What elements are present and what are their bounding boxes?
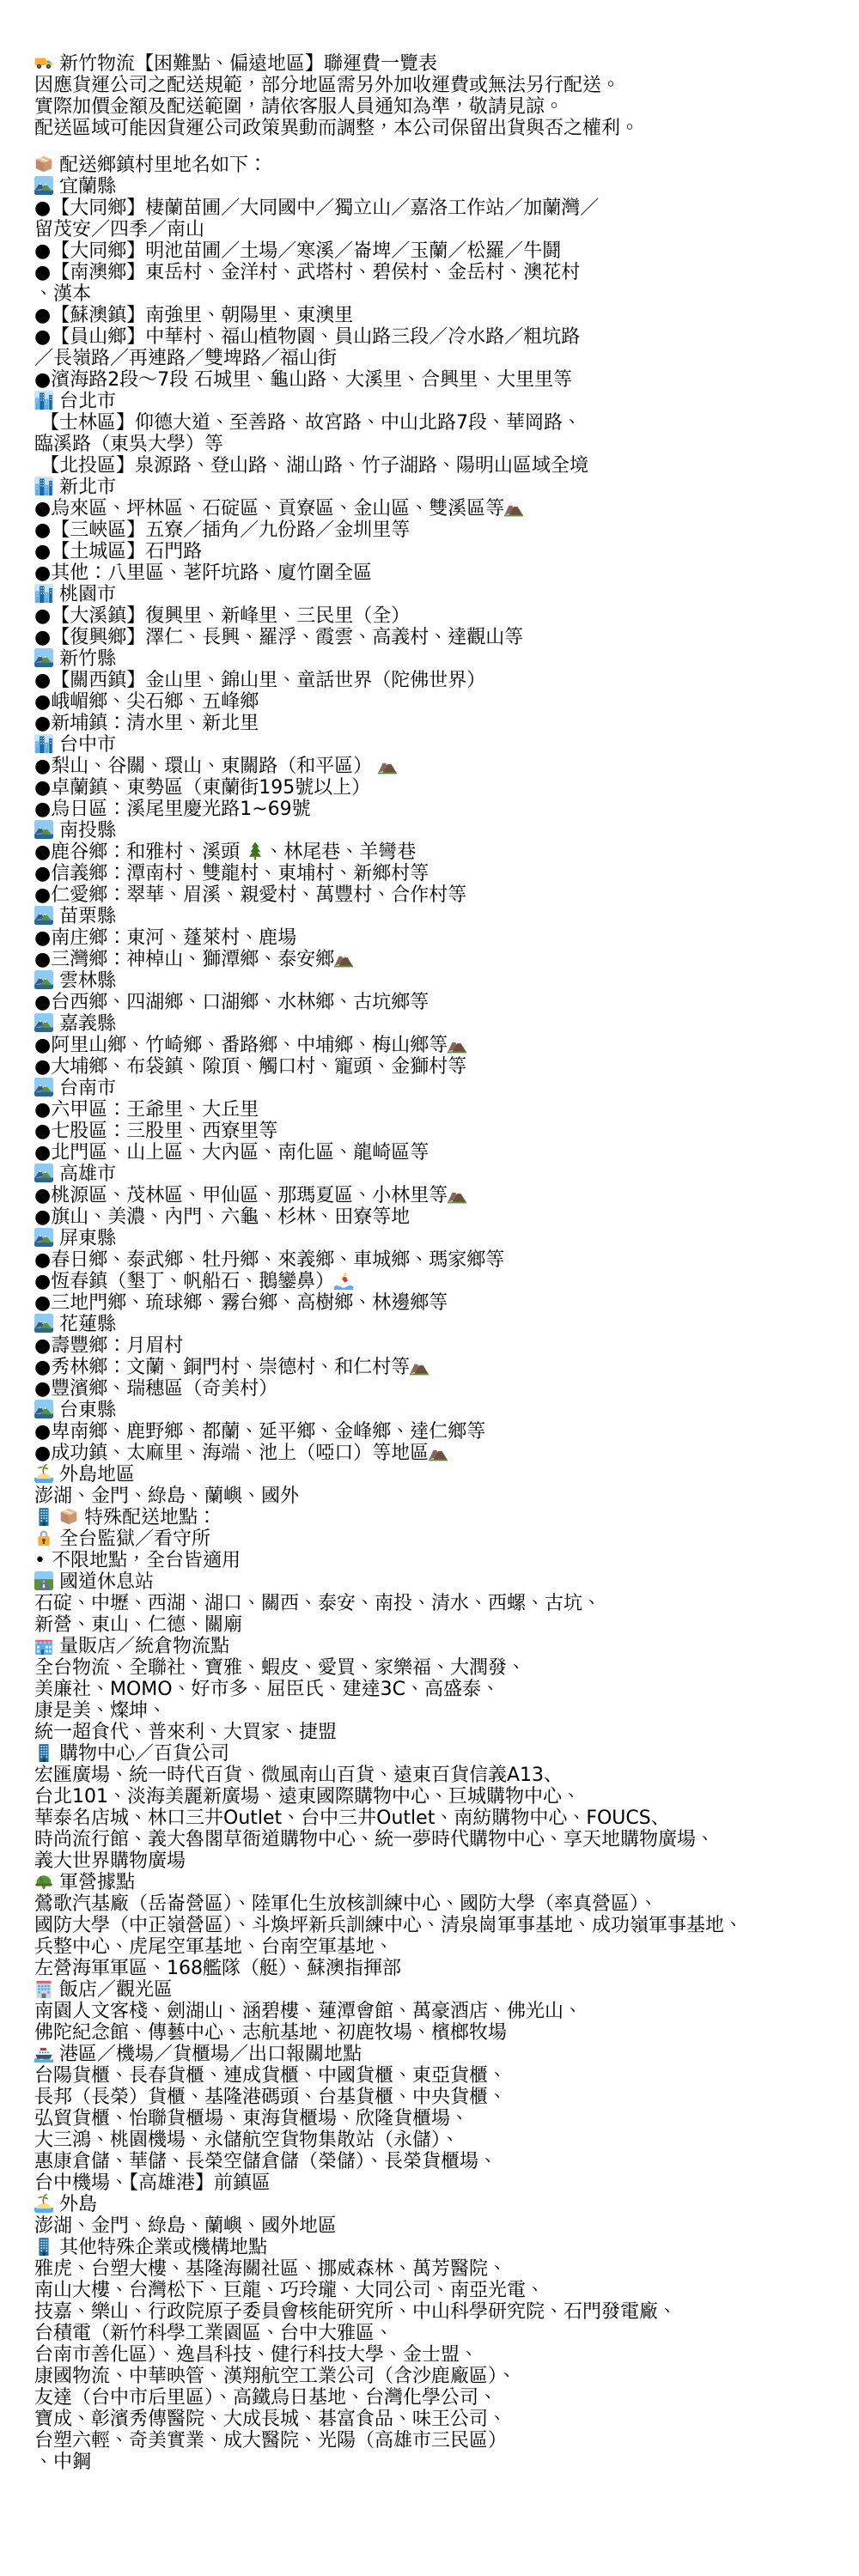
- section-heading: 苗栗縣: [34, 906, 852, 927]
- text-segment: 特殊配送地點：: [78, 1507, 216, 1528]
- text-segment: 配送鄉鎮村里地名如下：: [53, 155, 267, 176]
- list-item: ●【員山鄉】中華村、福山植物園、員山路三段／冷水路／粗坑路: [34, 326, 852, 348]
- spacer: [34, 139, 852, 155]
- text-segment: ●烏來區、坪林區、石碇區、貢寮區、金山區、雙溪區等: [34, 498, 504, 519]
- text-segment: 雅虎、台塑大樓、基隆海關社區、挪威森林、萬芳醫院、: [34, 2258, 507, 2280]
- text-segment: 苗栗縣: [53, 906, 116, 927]
- text-segment: ●【三峽區】五寮／插角／九份路／金圳里等: [34, 519, 410, 541]
- text-segment: ●大埔鄉、布袋鎮、隙頂、觸口村、寵頭、金獅村等: [34, 1056, 466, 1078]
- text-segment: ●三灣鄉：神棹山、獅潭鄉、泰安鄉: [34, 949, 334, 970]
- cityscape-icon: [34, 477, 53, 495]
- text-segment: 惠康倉儲、華儲、長榮空儲倉儲（榮儲）、長榮貨櫃場、: [34, 2151, 497, 2172]
- section-heading: 外島地區: [34, 1464, 852, 1485]
- section-heading: 飯店／觀光區: [34, 1979, 852, 2001]
- text-segment: 其他特殊企業或機構地點: [53, 2237, 267, 2258]
- list-item-continuation: 國防大學（中正嶺營區）、斗煥坪新兵訓練中心、清泉崗軍事基地、成功嶺軍事基地、: [34, 1915, 852, 1936]
- cityscape-icon: [34, 391, 53, 410]
- text-segment: 弘貿貨櫃、怡聯貨櫃場、東海貨櫃場、欣隆貨櫃場、: [34, 2108, 469, 2129]
- text-segment: 台積電（新竹科學工業園區、台中大雅區、: [34, 2323, 393, 2344]
- text-segment: ●北門區、山上區、大內區、南化區、龍崎區等: [34, 1142, 429, 1163]
- text-segment: 【北投區】泉源路、登山路、湖山路、竹子湖路、陽明山區域全境: [34, 455, 588, 477]
- text-segment: 兵整中心、虎尾空軍基地、台南空軍基地、: [34, 1936, 393, 1958]
- section-heading: 配送鄉鎮村里地名如下：: [34, 155, 852, 176]
- text-segment: 實際加價金額及配送範圍，請依客服人員通知為準，敬請見諒。: [34, 96, 564, 118]
- office-building-icon: [34, 1743, 53, 1762]
- list-item-continuation: 康是美、燦坤、: [34, 1700, 852, 1722]
- list-item: ●新埔鎮：清水里、新北里: [34, 713, 852, 734]
- list-item-continuation: 雅虎、台塑大樓、基隆海關社區、挪威森林、萬芳醫院、: [34, 2258, 852, 2280]
- list-item: ●南庄鄉：東河、蓬萊村、鹿場: [34, 927, 852, 949]
- list-item: ●【三峽區】五寮／插角／九份路／金圳里等: [34, 519, 852, 541]
- text-segment: 時尚流行館、義大魯閣草衙道購物中心、統一夢時代購物中心、享天地購物廣場、: [34, 1829, 715, 1850]
- intro-line: 實際加價金額及配送範圍，請依客服人員通知為準，敬請見諒。: [34, 96, 852, 118]
- list-item: ●【大溪鎮】復興里、新峰里、三民里（全）: [34, 605, 852, 627]
- text-segment: 美廉社、MOMO、好市多、屈臣氏、建達3C、高盛泰、: [34, 1679, 500, 1700]
- list-item: ●烏日區：溪尾里慶光路1~69號: [34, 799, 852, 820]
- section-heading: 高雄市: [34, 1163, 852, 1185]
- text-segment: 新竹物流【困難點、偏遠地區】聯運費一覽表: [53, 53, 437, 75]
- text-segment: • 不限地點，全台皆適用: [34, 1550, 241, 1571]
- list-item-continuation: 台塑六輕、奇美實業、成大醫院、光陽（高雄市三民區）: [34, 2430, 852, 2451]
- motorway-icon: [34, 1571, 53, 1590]
- section-heading: 台東縣: [34, 1400, 852, 1421]
- text-segment: 飯店／觀光區: [53, 1979, 173, 2001]
- mountain-icon: [504, 498, 523, 517]
- section-heading: 屏東縣: [34, 1228, 852, 1249]
- text-segment: 宜蘭縣: [53, 176, 116, 197]
- list-item: ●其他：八里區、荖阡坑路、廈竹圍全區: [34, 562, 852, 584]
- text-segment: 南投縣: [53, 820, 116, 841]
- text-segment: ●旗山、美濃、內門、六龜、杉林、田寮等地: [34, 1206, 410, 1228]
- text-segment: 屏東縣: [53, 1228, 116, 1249]
- text-segment: 全台監獄／看守所: [53, 1528, 210, 1550]
- list-item: ●【大同鄉】明池苗圃／土場／寒溪／崙埤／玉蘭／松羅／牛鬪: [34, 240, 852, 262]
- mountain-icon: [378, 756, 397, 775]
- mountain-icon: [410, 1357, 429, 1376]
- section-heading: 購物中心／百貨公司: [34, 1743, 852, 1765]
- list-item: ●春日鄉、泰武鄉、牡丹鄉、來義鄉、車城鄉、瑪家鄉等: [34, 1249, 852, 1271]
- list-item-continuation: 兵整中心、虎尾空軍基地、台南空軍基地、: [34, 1936, 852, 1958]
- evergreen-tree-icon: [246, 841, 265, 860]
- text-segment: 義大世界購物廣場: [34, 1850, 186, 1872]
- text-segment: 台南市善化區）、逸昌科技、健行科技大學、金士盟、: [34, 2344, 478, 2366]
- section-heading: 台中市: [34, 734, 852, 756]
- text-segment: 國防大學（中正嶺營區）、斗煥坪新兵訓練中心、清泉崗軍事基地、成功嶺軍事基地、: [34, 1915, 743, 1936]
- text-segment: 大三鴻、桃園機場、永儲航空貨物集散站（永儲）、: [34, 2129, 460, 2151]
- list-item: ●【南澳鄉】東岳村、金洋村、武塔村、碧侯村、金岳村、澳花村: [34, 262, 852, 283]
- text-segment: 軍營據點: [53, 1872, 135, 1893]
- section-heading: 宜蘭縣: [34, 176, 852, 197]
- text-segment: 台北101、淡海美麗新廣場、遠東國際購物中心、巨城購物中心、: [34, 1786, 581, 1807]
- military-helmet-icon: [34, 1872, 53, 1891]
- text-segment: ●【大溪鎮】復興里、新峰里、三民里（全）: [34, 605, 410, 627]
- surfer-icon: [334, 1271, 353, 1290]
- text-segment: 新北市: [53, 477, 116, 498]
- list-item: ●卑南鄉、鹿野鄉、都蘭、延平鄉、金峰鄉、達仁鄉等: [34, 1421, 852, 1443]
- list-item-continuation: 台北101、淡海美麗新廣場、遠東國際購物中心、巨城購物中心、: [34, 1786, 852, 1807]
- section-heading: 量販店／統倉物流點: [34, 1636, 852, 1657]
- list-item: ●旗山、美濃、內門、六龜、杉林、田寮等地: [34, 1206, 852, 1228]
- list-item: ●北門區、山上區、大內區、南化區、龍崎區等: [34, 1142, 852, 1163]
- text-segment: ●仁愛鄉：翠華、眉溪、親愛村、萬豐村、合作村等: [34, 884, 466, 906]
- office-building-icon: [34, 1507, 53, 1526]
- text-segment: 嘉義縣: [53, 1013, 116, 1035]
- text-segment: 宏匯廣場、統一時代百貨、微風南山百貨、遠東百貨信義A13、: [34, 1765, 563, 1786]
- mountain-icon: [448, 1035, 466, 1054]
- list-item-continuation: ／長嶺路／再連路／雙埤路／福山街: [34, 348, 852, 369]
- list-item-continuation: 惠康倉儲、華儲、長榮空儲倉儲（榮儲）、長榮貨櫃場、: [34, 2151, 852, 2172]
- section-heading: 外島: [34, 2194, 852, 2215]
- list-item: ●成功鎮、太麻里、海端、池上（啞口）等地區: [34, 1443, 852, 1464]
- national-park-icon: [34, 1078, 53, 1097]
- text-segment: 南園人文客棧、劍湖山、涵碧樓、蓮潭會館、萬豪酒店、佛光山、: [34, 2001, 582, 2022]
- list-item: 【士林區】仰德大道、至善路、故宮路、中山北路7段、華岡路、: [34, 412, 852, 434]
- doc-title: 新竹物流【困難點、偏遠地區】聯運費一覽表: [34, 53, 852, 75]
- shipping-notice-document: 新竹物流【困難點、偏遠地區】聯運費一覽表因應貨運公司之配送規範，部分地區需另外加…: [0, 0, 859, 2473]
- text-segment: ●【大同鄉】明池苗圃／土場／寒溪／崙埤／玉蘭／松羅／牛鬪: [34, 240, 561, 262]
- list-item: ●【關西鎮】金山里、錦山里、童話世界（陀佛世界）: [34, 670, 852, 691]
- hotel-icon: [34, 1979, 53, 1998]
- list-item-continuation: 康國物流、中華映管、漢翔航空工業公司（含沙鹿廠區）、: [34, 2366, 852, 2387]
- list-item-continuation: 佛陀紀念館、傳藝中心、志航基地、初鹿牧場、檳榔牧場: [34, 2022, 852, 2044]
- text-segment: 花蓮縣: [53, 1314, 116, 1335]
- list-item: ●【土城區】石門路: [34, 541, 852, 562]
- list-item: ●台西鄉、四湖鄉、口湖鄉、水林鄉、古坑鄉等: [34, 992, 852, 1013]
- text-segment: 高雄市: [53, 1163, 116, 1185]
- list-item: ●信義鄉：潭南村、雙龍村、東埔村、新鄉村等: [34, 863, 852, 884]
- text-segment: ／長嶺路／再連路／雙埤路／福山街: [34, 348, 337, 369]
- text-segment: ●【員山鄉】中華村、福山植物園、員山路三段／冷水路／粗坑路: [34, 326, 580, 348]
- list-item: ●阿里山鄉、竹崎鄉、番路鄉、中埔鄉、梅山鄉等: [34, 1035, 852, 1056]
- text-segment: ●卓蘭鎮、東勢區（東蘭街195號以上）: [34, 777, 370, 799]
- text-segment: 新營、東山、仁德、關廟: [34, 1614, 242, 1636]
- text-segment: 石碇、中壢、西湖、湖口、關西、泰安、南投、清水、西螺、古坑、: [34, 1593, 601, 1614]
- national-park-icon: [34, 1314, 53, 1333]
- text-segment: 、中鋼: [34, 2451, 91, 2473]
- text-segment: 雲林縣: [53, 970, 116, 992]
- national-park-icon: [34, 176, 53, 195]
- list-item-continuation: 技嘉、樂山、行政院原子委員會核能研究所、中山科學研究院、石門發電廠、: [34, 2301, 852, 2323]
- list-item-continuation: 統一超食代、普來利、大買家、捷盟: [34, 1722, 852, 1743]
- national-park-icon: [34, 906, 53, 925]
- list-item: ●【大同鄉】棲蘭苗圃／大同國中／獨立山／嘉洛工作站／加蘭灣／: [34, 197, 852, 219]
- mountain-icon: [448, 1185, 466, 1204]
- list-item-continuation: 全台物流、全聯社、寶雅、蝦皮、愛買、家樂福、大潤發、: [34, 1657, 852, 1679]
- department-store-icon: [34, 1636, 53, 1655]
- text-segment: ●桃源區、茂林區、甲仙區、那瑪夏區、小林里等: [34, 1185, 448, 1206]
- list-item-continuation: 留茂安／四季／南山: [34, 219, 852, 240]
- list-item: ●濱海路2段～7段 石城里、龜山路、大溪里、合興里、大里里等: [34, 369, 852, 391]
- intro-line: 配送區域可能因貨運公司政策異動而調整，本公司保留出貨與否之權利。: [34, 118, 852, 139]
- text-segment: ●烏日區：溪尾里慶光路1~69號: [34, 799, 311, 820]
- text-segment: ●南庄鄉：東河、蓬萊村、鹿場: [34, 927, 296, 949]
- text-segment: 長邦（長榮）貨櫃、基隆港碼頭、台基貨櫃、中央貨櫃、: [34, 2087, 507, 2108]
- section-heading: 新竹縣: [34, 648, 852, 670]
- section-heading: 新北市: [34, 477, 852, 498]
- list-item-continuation: 弘貿貨櫃、怡聯貨櫃場、東海貨櫃場、欣隆貨櫃場、: [34, 2108, 852, 2129]
- list-item-continuation: 石碇、中壢、西湖、湖口、關西、泰安、南投、清水、西螺、古坑、: [34, 1593, 852, 1614]
- text-segment: ●【南澳鄉】東岳村、金洋村、武塔村、碧侯村、金岳村、澳花村: [34, 262, 580, 283]
- list-item: ●峨嵋鄉、尖石鄉、五峰鄉: [34, 691, 852, 713]
- section-heading: 花蓮縣: [34, 1314, 852, 1335]
- text-segment: 華泰名店城、林口三井Outlet、台中三井Outlet、南紡購物中心、FOUCS…: [34, 1807, 670, 1829]
- text-segment: 【士林區】仰德大道、至善路、故宮路、中山北路7段、華岡路、: [34, 412, 582, 434]
- text-segment: ●新埔鎮：清水里、新北里: [34, 713, 259, 734]
- intro-line: 因應貨運公司之配送規範，部分地區需另外加收運費或無法另行配送。: [34, 75, 852, 96]
- text-segment: 留茂安／四季／南山: [34, 219, 204, 240]
- list-item-continuation: 台陽貨櫃、長春貨櫃、連成貨櫃、中國貨櫃、東亞貨櫃、: [34, 2065, 852, 2087]
- national-park-icon: [34, 1400, 53, 1419]
- text-segment: ●鹿谷鄉：和雅村、溪頭: [34, 841, 246, 863]
- list-item: ●【蘇澳鎮】南強里、朝陽里、東澳里: [34, 305, 852, 326]
- mountain-icon: [429, 1443, 448, 1461]
- text-segment: 技嘉、樂山、行政院原子委員會核能研究所、中山科學研究院、石門發電廠、: [34, 2301, 677, 2323]
- national-park-icon: [34, 1228, 53, 1247]
- list-item-continuation: 時尚流行館、義大魯閣草衙道購物中心、統一夢時代購物中心、享天地購物廣場、: [34, 1829, 852, 1850]
- section-heading: 桃園市: [34, 584, 852, 605]
- list-item-continuation: 南園人文客棧、劍湖山、涵碧樓、蓮潭會館、萬豪酒店、佛光山、: [34, 2001, 852, 2022]
- section-heading: 港區／機場／貨櫃場／出口報關地點: [34, 2044, 852, 2065]
- text-segment: 配送區域可能因貨運公司政策異動而調整，本公司保留出貨與否之權利。: [34, 118, 639, 139]
- list-item-continuation: 友達（台中市后里區）、高鐵烏日基地、台灣化學公司、: [34, 2387, 852, 2409]
- cityscape-icon: [34, 734, 53, 753]
- text-segment: 、漢本: [34, 283, 91, 305]
- section-heading: 台北市: [34, 391, 852, 412]
- text-segment: 鶯歌汽基廠（岳崙營區）、陸軍化生放核訓練中心、國防大學（率真營區）、: [34, 1893, 658, 1915]
- text-segment: 、林尾巷、羊彎巷: [265, 841, 416, 863]
- list-item-continuation: 台南市善化區）、逸昌科技、健行科技大學、金士盟、: [34, 2344, 852, 2366]
- list-item: ●鹿谷鄉：和雅村、溪頭 、林尾巷、羊彎巷: [34, 841, 852, 863]
- text-segment: 統一超食代、普來利、大買家、捷盟: [34, 1722, 337, 1743]
- list-item-continuation: 美廉社、MOMO、好市多、屈臣氏、建達3C、高盛泰、: [34, 1679, 852, 1700]
- list-item: ●豐濱鄉、瑞穗區（奇美村）: [34, 1378, 852, 1400]
- text-segment: ●七股區：三股里、西寮里等: [34, 1121, 277, 1142]
- list-item: ●三灣鄉：神棹山、獅潭鄉、泰安鄉: [34, 949, 852, 970]
- text-segment: ●【關西鎮】金山里、錦山里、童話世界（陀佛世界）: [34, 670, 485, 691]
- list-item: ●【復興鄉】澤仁、長興、羅浮、霞雲、高義村、達觀山等: [34, 627, 852, 648]
- text-segment: 台中市: [53, 734, 116, 756]
- text-segment: 台南市: [53, 1078, 116, 1099]
- text-segment: ●梨山、谷關、環山、東關路（和平區）: [34, 756, 378, 777]
- list-item-continuation: 臨溪路（東吳大學）等: [34, 434, 852, 455]
- text-segment: 友達（台中市后里區）、高鐵烏日基地、台灣化學公司、: [34, 2387, 497, 2409]
- list-item-continuation: 左營海軍軍區、168艦隊（艇）、蘇澳指揮部: [34, 1958, 852, 1979]
- text-segment: 台東縣: [53, 1400, 116, 1421]
- national-park-icon: [34, 820, 53, 839]
- text-segment: 佛陀紀念館、傳藝中心、志航基地、初鹿牧場、檳榔牧場: [34, 2022, 507, 2044]
- delivery-truck-icon: [34, 53, 53, 72]
- text-segment: 外島地區: [53, 1464, 135, 1485]
- list-item: ●大埔鄉、布袋鎮、隙頂、觸口村、寵頭、金獅村等: [34, 1056, 852, 1078]
- list-item: ●恆春鎮（墾丁、帆船石、鵝鑾鼻）: [34, 1271, 852, 1292]
- national-park-icon: [34, 970, 53, 989]
- section-heading: 特殊配送地點：: [34, 1507, 852, 1528]
- list-item-continuation: 澎湖、金門、綠島、蘭嶼、國外: [34, 1485, 852, 1507]
- desert-island-icon: [34, 1464, 53, 1483]
- text-segment: ●六甲區：王爺里、大丘里: [34, 1099, 259, 1121]
- lock-icon: [34, 1528, 53, 1547]
- text-segment: 外島: [53, 2194, 97, 2215]
- list-item: ●壽豐鄉：月眉村: [34, 1335, 852, 1357]
- cityscape-icon: [34, 584, 53, 603]
- list-item-continuation: 鶯歌汽基廠（岳崙營區）、陸軍化生放核訓練中心、國防大學（率真營區）、: [34, 1893, 852, 1915]
- list-item: ●六甲區：王爺里、大丘里: [34, 1099, 852, 1121]
- list-item-continuation: 寶成、彰濱秀傳醫院、大成長城、碁富食品、味王公司、: [34, 2409, 852, 2430]
- text-segment: 臨溪路（東吳大學）等: [34, 434, 223, 455]
- text-segment: ●【復興鄉】澤仁、長興、羅浮、霞雲、高義村、達觀山等: [34, 627, 523, 648]
- text-segment: 量販店／統倉物流點: [53, 1636, 229, 1657]
- section-heading: 雲林縣: [34, 970, 852, 992]
- list-item-continuation: 義大世界購物廣場: [34, 1850, 852, 1872]
- text-segment: ●【蘇澳鎮】南強里、朝陽里、東澳里: [34, 305, 353, 326]
- text-segment: 因應貨運公司之配送規範，部分地區需另外加收運費或無法另行配送。: [34, 75, 620, 96]
- text-segment: 全台物流、全聯社、寶雅、蝦皮、愛買、家樂福、大潤發、: [34, 1657, 526, 1679]
- list-item-continuation: 新營、東山、仁德、關廟: [34, 1614, 852, 1636]
- list-item: • 不限地點，全台皆適用: [34, 1550, 852, 1571]
- text-segment: 台陽貨櫃、長春貨櫃、連成貨櫃、中國貨櫃、東亞貨櫃、: [34, 2065, 507, 2087]
- text-segment: 台北市: [53, 391, 116, 412]
- text-segment: 左營海軍軍區、168艦隊（艇）、蘇澳指揮部: [34, 1958, 401, 1979]
- text-segment: 寶成、彰濱秀傳醫院、大成長城、碁富食品、味王公司、: [34, 2409, 507, 2430]
- national-park-icon: [34, 648, 53, 667]
- section-heading: 軍營據點: [34, 1872, 852, 1893]
- list-item-continuation: 台中機場、【高雄港】前鎮區: [34, 2172, 852, 2194]
- list-item: ●卓蘭鎮、東勢區（東蘭街195號以上）: [34, 777, 852, 799]
- text-segment: 港區／機場／貨櫃場／出口報關地點: [53, 2044, 362, 2065]
- package-icon: [34, 155, 53, 173]
- text-segment: 南山大樓、台灣松下、巨龍、巧玲瓏、大同公司、南亞光電、: [34, 2280, 545, 2301]
- text-segment: [53, 1507, 59, 1528]
- list-item: ●桃源區、茂林區、甲仙區、那瑪夏區、小林里等: [34, 1185, 852, 1206]
- office-building-icon: [34, 2237, 53, 2256]
- national-park-icon: [34, 1163, 53, 1182]
- text-segment: ●春日鄉、泰武鄉、牡丹鄉、來義鄉、車城鄉、瑪家鄉等: [34, 1249, 504, 1271]
- ship-icon: [34, 2044, 53, 2063]
- list-item: 【北投區】泉源路、登山路、湖山路、竹子湖路、陽明山區域全境: [34, 455, 852, 477]
- section-heading: 台南市: [34, 1078, 852, 1099]
- text-segment: ●豐濱鄉、瑞穗區（奇美村）: [34, 1378, 277, 1400]
- desert-island-icon: [34, 2194, 53, 2213]
- section-heading: 南投縣: [34, 820, 852, 841]
- text-segment: 新竹縣: [53, 648, 116, 670]
- list-item-continuation: 、中鋼: [34, 2451, 852, 2473]
- section-heading: 國道休息站: [34, 1571, 852, 1593]
- list-item-continuation: 、漢本: [34, 283, 852, 305]
- text-segment: 澎湖、金門、綠島、蘭嶼、國外: [34, 1485, 299, 1507]
- list-item: ●三地門鄉、琉球鄉、霧台鄉、高樹鄉、林邊鄉等: [34, 1292, 852, 1314]
- list-item-continuation: 長邦（長榮）貨櫃、基隆港碼頭、台基貨櫃、中央貨櫃、: [34, 2087, 852, 2108]
- text-segment: ●信義鄉：潭南村、雙龍村、東埔村、新鄉村等: [34, 863, 429, 884]
- text-segment: 國道休息站: [53, 1571, 154, 1593]
- text-segment: ●【土城區】石門路: [34, 541, 202, 562]
- text-segment: 澎湖、金門、綠島、蘭嶼、國外地區: [34, 2215, 337, 2237]
- text-segment: ●【大同鄉】棲蘭苗圃／大同國中／獨立山／嘉洛工作站／加蘭灣／: [34, 197, 599, 219]
- text-segment: ●台西鄉、四湖鄉、口湖鄉、水林鄉、古坑鄉等: [34, 992, 429, 1013]
- package-icon: [59, 1507, 78, 1526]
- list-item: ●梨山、谷關、環山、東關路（和平區）: [34, 756, 852, 777]
- text-segment: ●三地門鄉、琉球鄉、霧台鄉、高樹鄉、林邊鄉等: [34, 1292, 448, 1314]
- text-segment: ●濱海路2段～7段 石城里、龜山路、大溪里、合興里、大里里等: [34, 369, 572, 391]
- text-segment: 康是美、燦坤、: [34, 1700, 167, 1722]
- list-item: ●七股區：三股里、西寮里等: [34, 1121, 852, 1142]
- list-item: ●仁愛鄉：翠華、眉溪、親愛村、萬豐村、合作村等: [34, 884, 852, 906]
- list-item-continuation: 澎湖、金門、綠島、蘭嶼、國外地區: [34, 2215, 852, 2237]
- text-segment: 台中機場、【高雄港】前鎮區: [34, 2172, 271, 2194]
- list-item-continuation: 南山大樓、台灣松下、巨龍、巧玲瓏、大同公司、南亞光電、: [34, 2280, 852, 2301]
- section-heading: 全台監獄／看守所: [34, 1528, 852, 1550]
- text-segment: 桃園市: [53, 584, 116, 605]
- list-item-continuation: 台積電（新竹科學工業園區、台中大雅區、: [34, 2323, 852, 2344]
- text-segment: ●恆春鎮（墾丁、帆船石、鵝鑾鼻）: [34, 1271, 334, 1292]
- text-segment: ●峨嵋鄉、尖石鄉、五峰鄉: [34, 691, 259, 713]
- text-segment: 購物中心／百貨公司: [53, 1743, 229, 1765]
- list-item: ●烏來區、坪林區、石碇區、貢寮區、金山區、雙溪區等: [34, 498, 852, 519]
- list-item: ●秀林鄉：文蘭、銅門村、崇德村、和仁村等: [34, 1357, 852, 1378]
- text-segment: ●成功鎮、太麻里、海端、池上（啞口）等地區: [34, 1443, 429, 1464]
- text-segment: 康國物流、中華映管、漢翔航空工業公司（含沙鹿廠區）、: [34, 2366, 516, 2387]
- national-park-icon: [34, 1013, 53, 1032]
- text-segment: ●其他：八里區、荖阡坑路、廈竹圍全區: [34, 562, 372, 584]
- text-segment: ●卑南鄉、鹿野鄉、都蘭、延平鄉、金峰鄉、達仁鄉等: [34, 1421, 485, 1443]
- text-segment: ●秀林鄉：文蘭、銅門村、崇德村、和仁村等: [34, 1357, 410, 1378]
- mountain-icon: [334, 949, 353, 968]
- list-item-continuation: 華泰名店城、林口三井Outlet、台中三井Outlet、南紡購物中心、FOUCS…: [34, 1807, 852, 1829]
- text-segment: 台塑六輕、奇美實業、成大醫院、光陽（高雄市三民區）: [34, 2430, 507, 2451]
- text-segment: ●壽豐鄉：月眉村: [34, 1335, 183, 1357]
- section-heading: 嘉義縣: [34, 1013, 852, 1035]
- list-item-continuation: 大三鴻、桃園機場、永儲航空貨物集散站（永儲）、: [34, 2129, 852, 2151]
- section-heading: 其他特殊企業或機構地點: [34, 2237, 852, 2258]
- page: { "colors": { "text": "#000000", "backgr…: [0, 0, 859, 2576]
- text-segment: ●阿里山鄉、竹崎鄉、番路鄉、中埔鄉、梅山鄉等: [34, 1035, 448, 1056]
- list-item-continuation: 宏匯廣場、統一時代百貨、微風南山百貨、遠東百貨信義A13、: [34, 1765, 852, 1786]
